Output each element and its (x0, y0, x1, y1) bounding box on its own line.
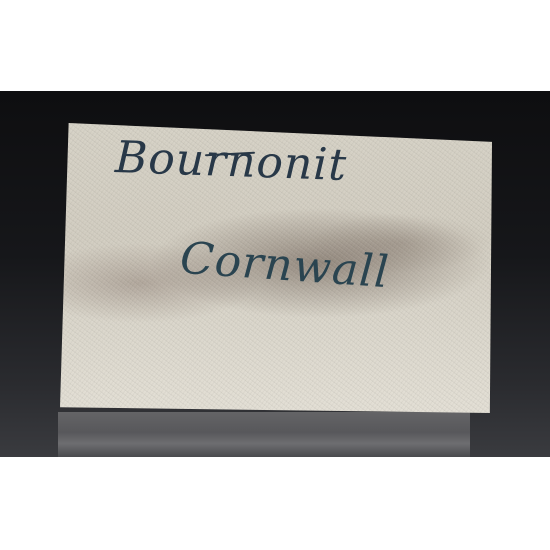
label-mineral-name: Bournonit (114, 132, 348, 191)
paper-reflection (58, 412, 470, 457)
